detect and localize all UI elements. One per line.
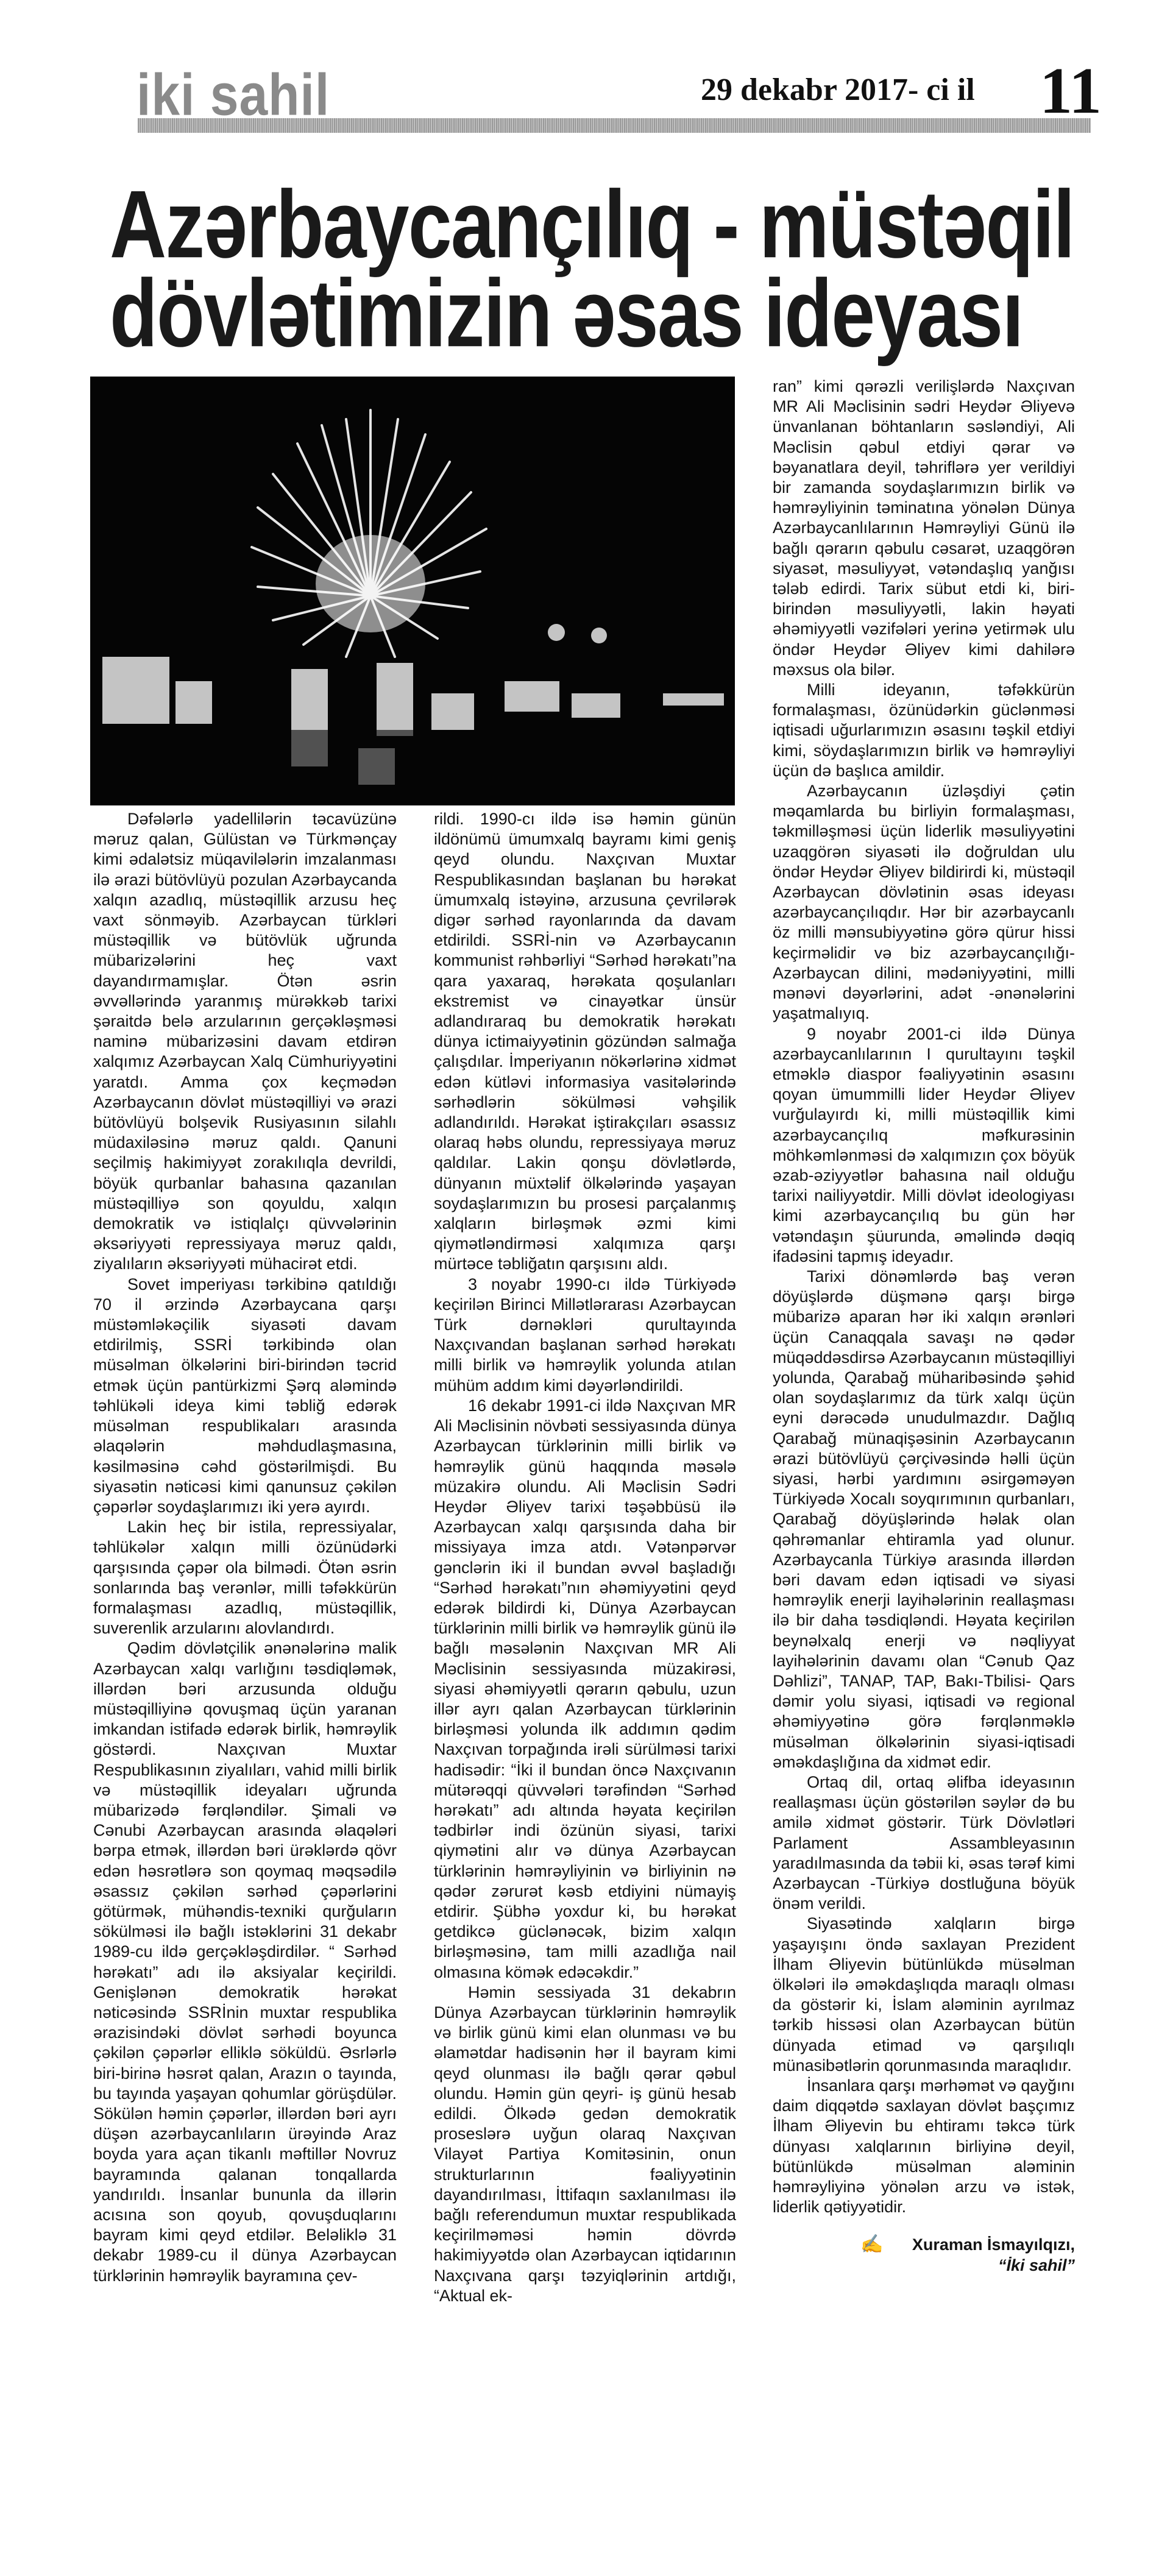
pen-icon: ✍ [860, 2234, 883, 2254]
paragraph: Lakin heç bir istila, repressiyalar, təh… [93, 1517, 397, 1638]
article-column-middle: rildi. 1990-cı ildə isə həmin günün ildö… [434, 809, 736, 2306]
fireworks-icon [90, 377, 735, 805]
paragraph: 3 noyabr 1990-cı ildə Türkiyədə keçirilə… [434, 1275, 736, 1396]
paragraph: 9 noyabr 2001-ci ildə Dünya azərbaycanlı… [773, 1024, 1075, 1267]
paragraph: Sovet imperiyası tərkibinə qatıldığı 70 … [93, 1275, 397, 1517]
paragraph: rildi. 1990-cı ildə isə həmin günün ildö… [434, 809, 736, 1275]
paragraph: Ortaq dil, ortaq əlifba ideyasının reall… [773, 1772, 1075, 1914]
paragraph: Milli ideyanın, təfəkkürün formalaşması,… [773, 680, 1075, 781]
paragraph: Siyasətində xalqların birgə yaşayışını ö… [773, 1914, 1075, 2076]
author-name: Xuraman İsmayılqızı, [912, 2235, 1075, 2254]
issue-date: 29 dekabr 2017- ci il [701, 72, 975, 108]
paragraph: Tarixi dönəmlərdə baş verən döyüşlərdə d… [773, 1267, 1075, 1772]
paragraph: Azərbaycanın üzləşdiyi çətin məqamlarda … [773, 781, 1075, 1024]
article-column-left: Dəfələrlə yadellilərin təcavüzünə məruz … [93, 809, 397, 2286]
paragraph: Dəfələrlə yadellilərin təcavüzünə məruz … [93, 809, 397, 1275]
paragraph: İnsanlara qarşı mərhəmət və qayğını daim… [773, 2076, 1075, 2217]
paragraph: Qədim dövlətçilik ənənələrinə malik Azər… [93, 1638, 397, 2286]
article-photo [90, 377, 735, 805]
header-rule [138, 118, 1091, 133]
byline: ✍ Xuraman İsmayılqızı, “İki sahil” [773, 2234, 1075, 2275]
headline-line-1: Azərbaycançılıq - müstəqil [110, 177, 927, 271]
paragraph: Həmin sessiyada 31 dekabrın Dünya Azərba… [434, 1983, 736, 2306]
paragraph: ran” kimi qərəzli verilişlərdə Naxçıvan … [773, 377, 1075, 680]
headline-line-2: dövlətimizin əsas ideyası [110, 266, 927, 359]
article-column-right: ran” kimi qərəzli verilişlərdə Naxçıvan … [773, 377, 1075, 2276]
page-number: 11 [1040, 58, 1102, 124]
article-headline: Azərbaycançılıq - müstəqil dövlətimizin … [110, 177, 1060, 355]
paragraph: 16 dekabr 1991-ci ildə Naxçıvan MR Ali M… [434, 1396, 736, 1983]
byline-source: “İki sahil” [773, 2256, 1075, 2276]
